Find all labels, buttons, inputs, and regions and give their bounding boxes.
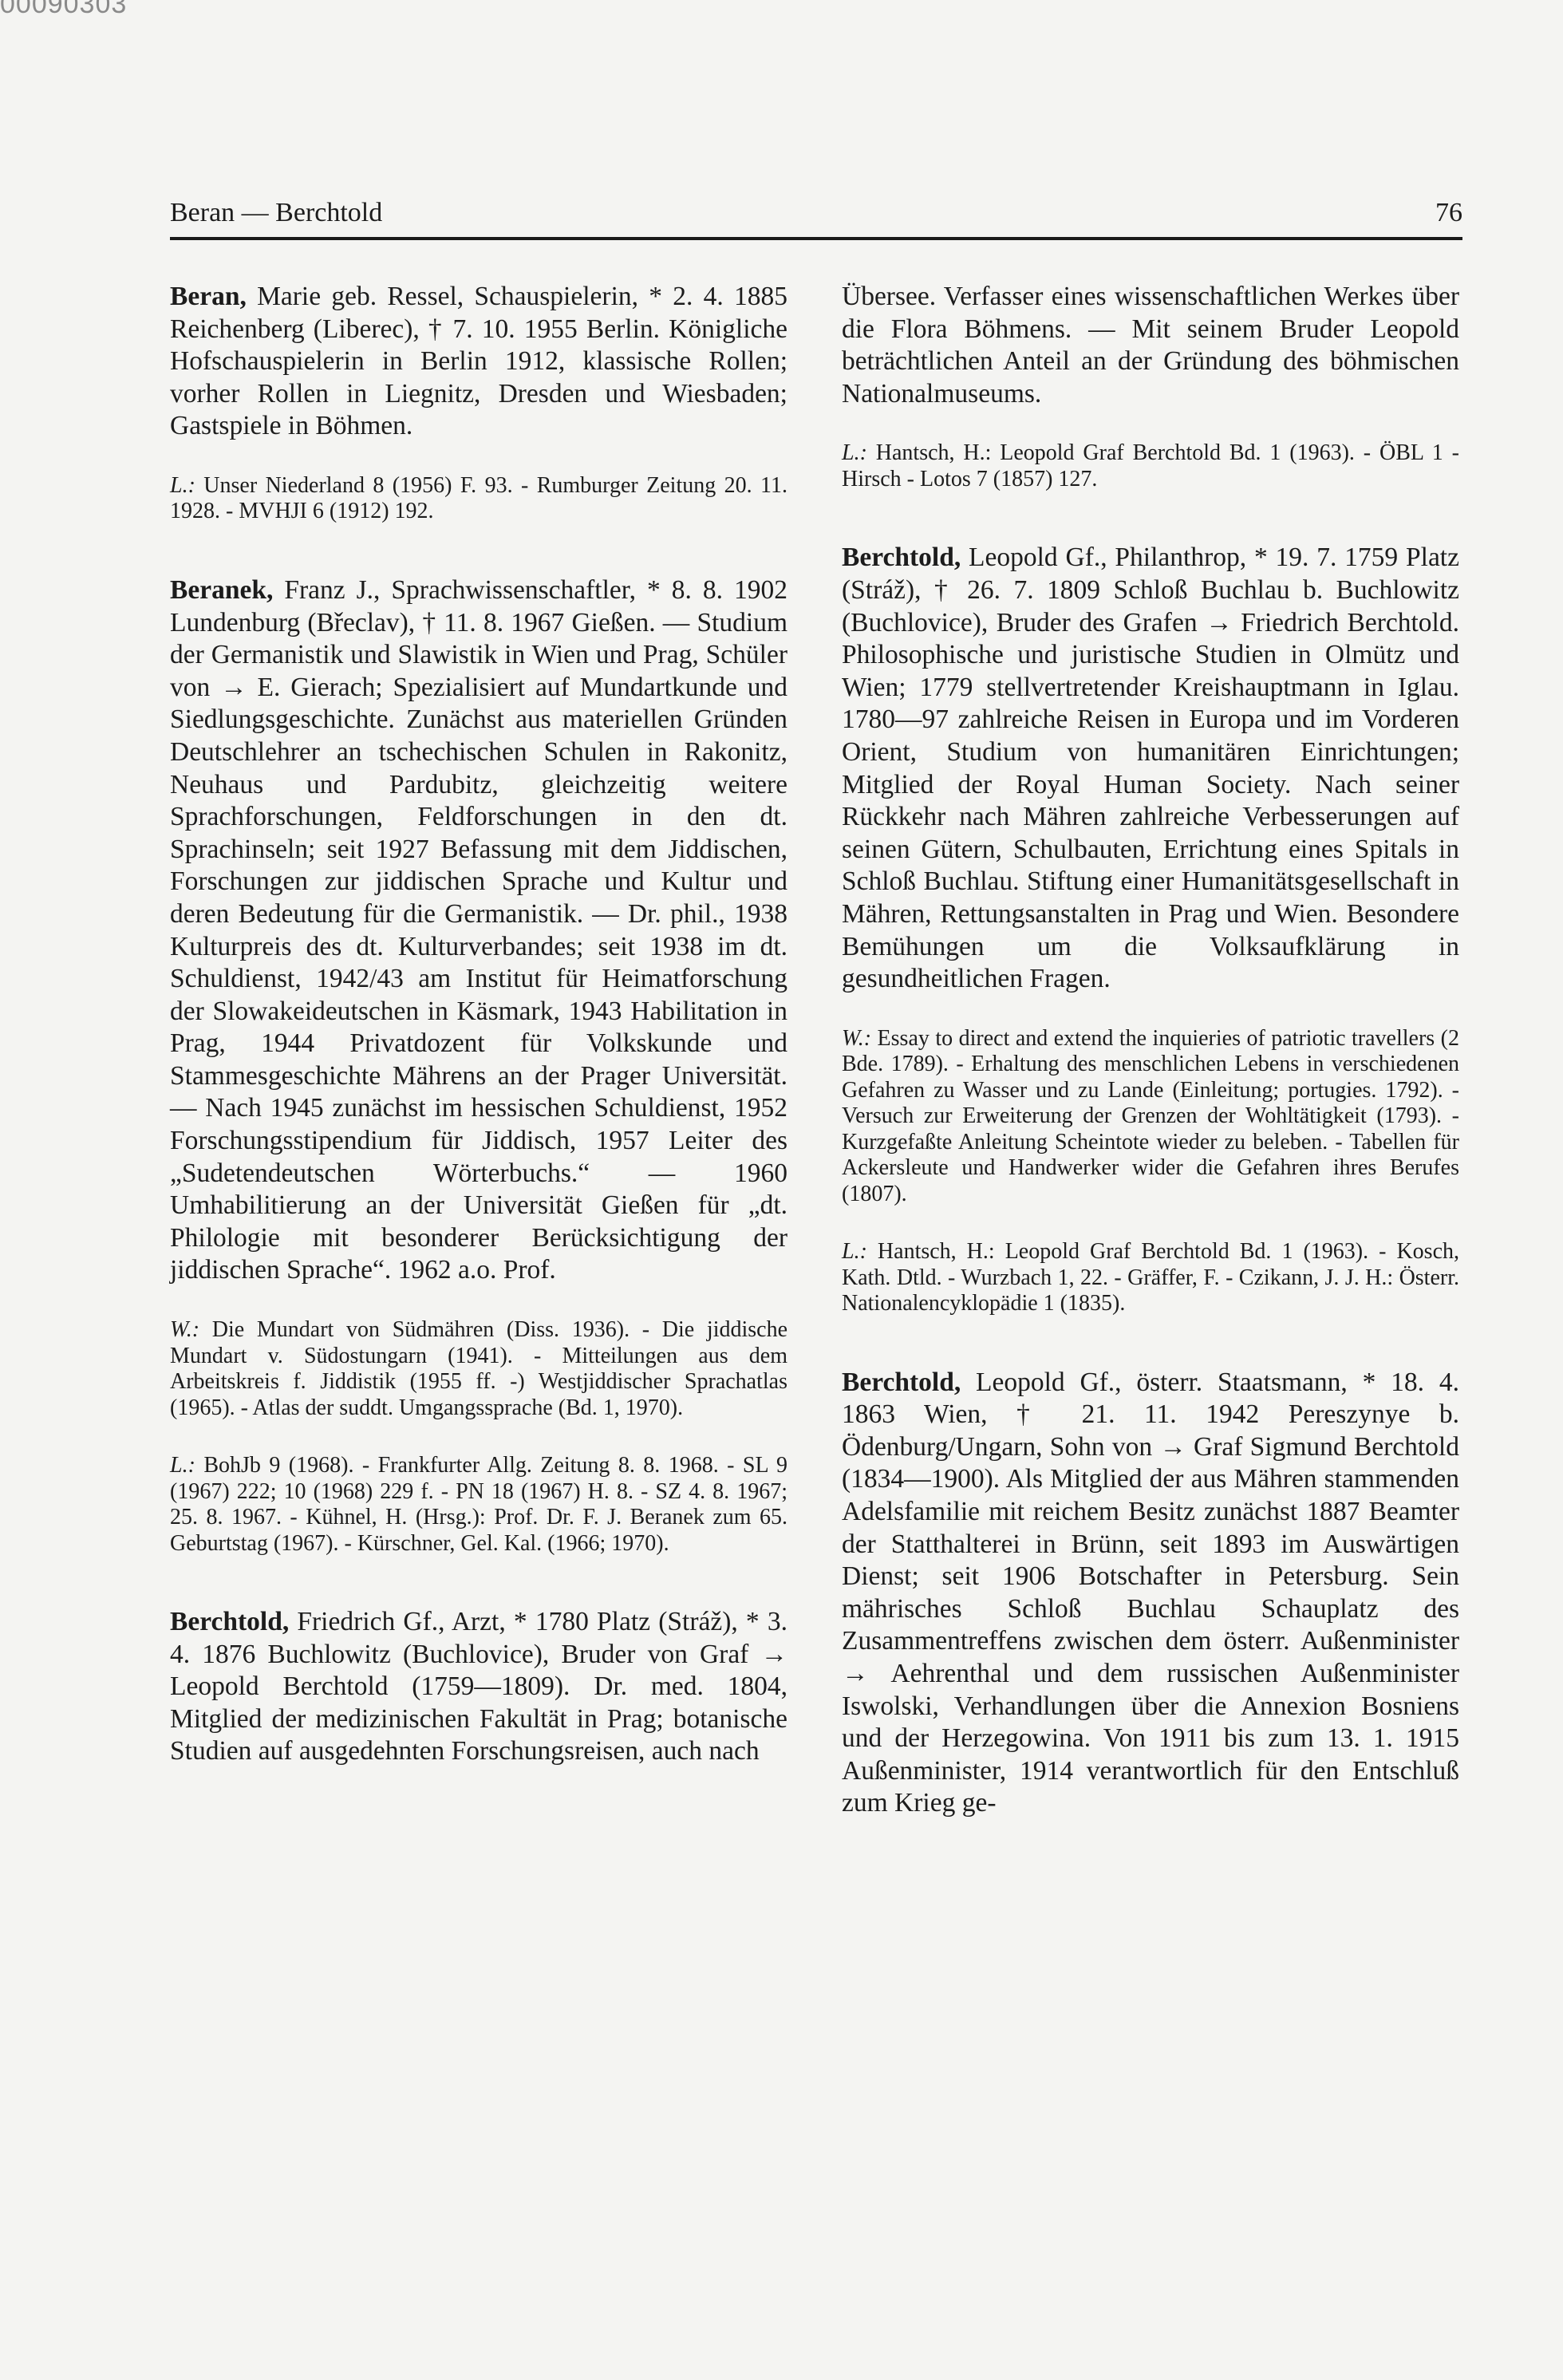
ref-text: Hantsch, H.: Leopold Graf Berchtold Bd. …	[842, 440, 1459, 491]
ref-tag: L.:	[170, 473, 195, 498]
literature-block: L.: Unser Niederland 8 (1956) F. 93. - R…	[170, 473, 787, 525]
lemma: Berchtold,	[170, 1607, 289, 1636]
left-column: Beran, Marie geb. Ressel, Schauspielerin…	[170, 281, 787, 1798]
ref-tag: W.:	[170, 1317, 199, 1342]
literature-block: L.: Hantsch, H.: Leopold Graf Berchtold …	[842, 440, 1459, 492]
ref-text: Unser Niederland 8 (1956) F. 93. - Rumbu…	[170, 473, 787, 524]
lemma: Berchtold,	[842, 543, 961, 572]
entry-text: Leopold Gf., österr. Staatsmann, * 18. 4…	[842, 1368, 1459, 1818]
ref-text: BohJb 9 (1968). - Frankfurter Allg. Zeit…	[170, 1453, 787, 1556]
ref-tag: L.:	[842, 1239, 867, 1264]
header-rule	[170, 237, 1462, 240]
lemma: Berchtold,	[842, 1368, 961, 1397]
scan-id: 00090303	[0, 0, 127, 20]
lemma: Beran,	[170, 282, 247, 311]
page-number: 76	[1435, 198, 1462, 228]
lemma: Beranek,	[170, 575, 273, 605]
works-block: W.: Essay to direct and extend the inqui…	[842, 1026, 1459, 1208]
entry-berchtold-leopold-philanthrop: Berchtold, Leopold Gf., Philanthrop, * 1…	[842, 542, 1459, 995]
entry-berchtold-friedrich: Berchtold, Friedrich Gf., Arzt, * 1780 P…	[170, 1606, 787, 1768]
entry-text: Franz J., Sprachwissenschaftler, * 8. 8.…	[170, 575, 787, 1285]
entry-berchtold-leopold-staatsmann: Berchtold, Leopold Gf., österr. Staatsma…	[842, 1367, 1459, 1820]
ref-tag: W.:	[842, 1026, 871, 1051]
running-title: Beran — Berchtold	[170, 198, 382, 228]
ref-tag: L.:	[842, 440, 867, 465]
ref-text: Die Mundart von Südmähren (Diss. 1936). …	[170, 1317, 787, 1420]
ref-text: Hantsch, H.: Leopold Graf Berchtold Bd. …	[842, 1239, 1459, 1316]
entry-text: Marie geb. Ressel, Schauspielerin, * 2. …	[170, 282, 787, 440]
ref-text: Essay to direct and extend the inquierie…	[842, 1026, 1459, 1206]
running-head: Beran — Berchtold 76	[170, 198, 1462, 228]
works-block: W.: Die Mundart von Südmähren (Diss. 193…	[170, 1317, 787, 1421]
right-column: Übersee. Verfasser eines wissenschaftlic…	[842, 281, 1459, 1850]
entry-text: Leopold Gf., Philanthrop, * 19. 7. 1759 …	[842, 543, 1459, 993]
ref-tag: L.:	[170, 1453, 195, 1478]
entry-berchtold-friedrich-continued: Übersee. Verfasser eines wissenschaftlic…	[842, 281, 1459, 410]
literature-block: L.: Hantsch, H.: Leopold Graf Berchtold …	[842, 1239, 1459, 1317]
entry-text: Übersee. Verfasser eines wissenschaftlic…	[842, 282, 1459, 409]
entry-beranek-franz: Beranek, Franz J., Sprachwissenschaftler…	[170, 574, 787, 1287]
entry-beran-marie: Beran, Marie geb. Ressel, Schauspielerin…	[170, 281, 787, 443]
literature-block: L.: BohJb 9 (1968). - Frankfurter Allg. …	[170, 1453, 787, 1557]
